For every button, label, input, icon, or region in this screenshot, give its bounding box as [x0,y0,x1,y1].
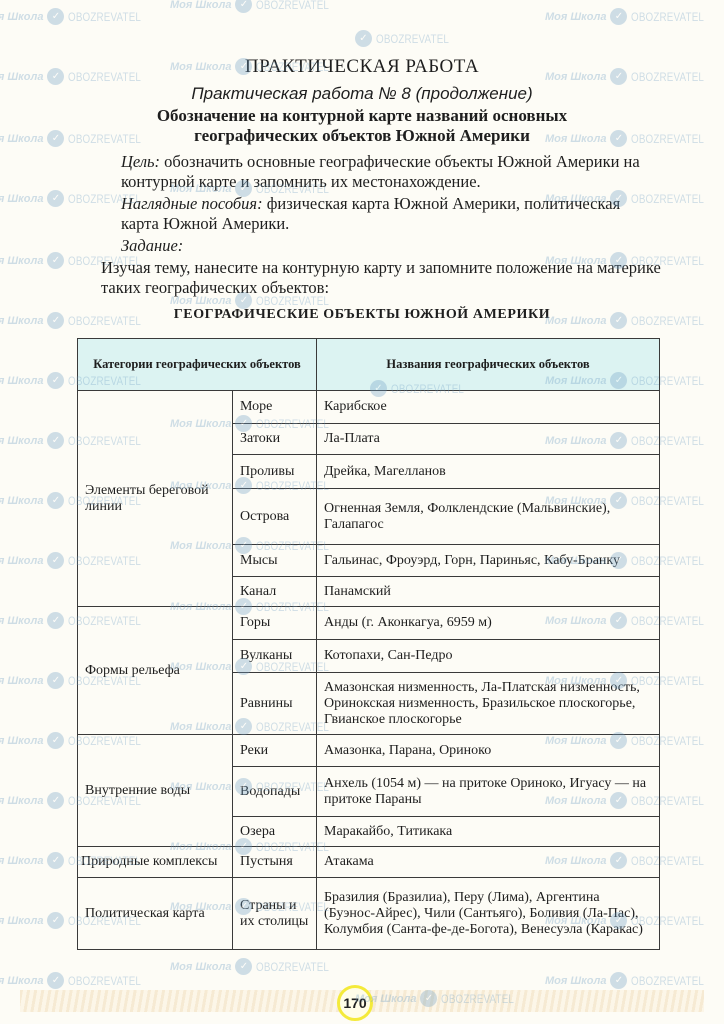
category-cell: Элементы береговой линии [78,391,233,607]
names-cell: Амазонская низменность, Ла-Платская низм… [317,673,660,735]
task-intro: Изучая тему, нанесите на контурную карту… [101,258,661,298]
type-cell: Канал [233,577,317,607]
table-row: Политическая карта Страны и их столицы Б… [78,878,660,950]
obozrevatel-logo-icon: ✓ [47,8,64,25]
work-heading: Обозначение на контурной карте названий … [130,106,594,146]
watermark: Моя Школа✓OBOZREVATEL [0,8,158,25]
table-row: Природные комплексы Пустыня Атакама [78,847,660,878]
obozrevatel-logo-icon: ✓ [47,130,64,147]
category-cell: Формы рельефа [78,607,233,735]
obozrevatel-logo-icon: ✓ [610,8,627,25]
page-number: 170 [337,985,373,1021]
obozrevatel-logo-icon: ✓ [47,732,64,749]
type-cell: Озера [233,817,317,847]
category-cell: Природные комплексы [78,847,233,878]
type-cell: Мысы [233,545,317,577]
type-cell: Затоки [233,424,317,455]
type-cell: Равнины [233,673,317,735]
obozrevatel-logo-icon: ✓ [47,912,64,929]
type-cell: Проливы [233,455,317,489]
type-cell: Страны и их столицы [233,878,317,950]
table-title: ГЕОГРАФИЧЕСКИЕ ОБЪЕКТЫ ЮЖНОЙ АМЕРИКИ [0,307,724,323]
geo-objects-table: Категории географических объектов Назван… [77,338,660,950]
table-row: Формы рельефа Горы Анды (г. Аконкагуа, 6… [78,607,660,640]
type-cell: Пустыня [233,847,317,878]
obozrevatel-logo-icon: ✓ [47,852,64,869]
names-cell: Дрейка, Магелланов [317,455,660,489]
obozrevatel-logo-icon: ✓ [47,552,64,569]
obozrevatel-logo-icon: ✓ [47,612,64,629]
obozrevatel-logo-icon: ✓ [235,958,252,975]
names-cell: Маракайбо, Титикака [317,817,660,847]
watermark: ✓OBOZREVATEL [355,30,465,47]
task-label: Задание: [121,236,183,256]
goal-text: обозначить основные географические объек… [121,152,640,191]
names-cell: Карибское [317,391,660,424]
names-cell: Ла-Плата [317,424,660,455]
goal-paragraph: Цель: обозначить основные географические… [121,152,661,192]
names-cell: Панамский [317,577,660,607]
names-cell: Амазонка, Парана, Ориноко [317,735,660,767]
names-cell: Атакама [317,847,660,878]
goal-label: Цель: [121,152,160,171]
obozrevatel-logo-icon: ✓ [47,972,64,989]
aids-paragraph: Наглядные пособия: физическая карта Южно… [121,194,661,234]
textbook-page: ПРАКТИЧЕСКАЯ РАБОТА Практическая работа … [0,0,724,1024]
names-cell: Гальинас, Фроуэрд, Горн, Париньяс, Кабу-… [317,545,660,577]
type-cell: Водопады [233,767,317,817]
names-cell: Бразилия (Бразилиа), Перу (Лима), Аргент… [317,878,660,950]
obozrevatel-logo-icon: ✓ [610,130,627,147]
table-row: Элементы береговой линии Море Карибское [78,391,660,424]
obozrevatel-logo-icon: ✓ [610,972,627,989]
names-cell: Котопахи, Сан-Педро [317,640,660,673]
watermark: Моя Школа✓OBOZREVATEL [545,972,721,989]
type-cell: Вулканы [233,640,317,673]
watermark: Моя Школа✓OBOZREVATEL [0,972,158,989]
header-categories: Категории географических объектов [78,339,317,391]
category-cell: Внутренние воды [78,735,233,847]
obozrevatel-logo-icon: ✓ [47,492,64,509]
type-cell: Острова [233,489,317,545]
obozrevatel-logo-icon: ✓ [47,672,64,689]
obozrevatel-logo-icon: ✓ [235,0,252,13]
category-cell: Политическая карта [78,878,233,950]
names-cell: Анды (г. Аконкагуа, 6959 м) [317,607,660,640]
obozrevatel-logo-icon: ✓ [355,30,372,47]
type-cell: Реки [233,735,317,767]
obozrevatel-logo-icon: ✓ [47,252,64,269]
table-header-row: Категории географических объектов Назван… [78,339,660,391]
watermark: Моя Школа✓OBOZREVATEL [170,0,346,13]
type-cell: Горы [233,607,317,640]
watermark: Моя Школа✓OBOZREVATEL [170,958,346,975]
obozrevatel-logo-icon: ✓ [47,372,64,389]
work-subtitle: Практическая работа № 8 (продолжение) [0,84,724,104]
table-row: Внутренние воды Реки Амазонка, Парана, О… [78,735,660,767]
watermark: Моя Школа✓OBOZREVATEL [545,8,721,25]
obozrevatel-logo-icon: ✓ [47,792,64,809]
header-names: Названия географических объектов [317,339,660,391]
page-title: ПРАКТИЧЕСКАЯ РАБОТА [0,56,724,78]
obozrevatel-logo-icon: ✓ [47,190,64,207]
aids-label: Наглядные пособия: [121,194,263,213]
type-cell: Море [233,391,317,424]
names-cell: Огненная Земля, Фолклендские (Мальвински… [317,489,660,545]
names-cell: Анхель (1054 м) — на притоке Ориноко, Иг… [317,767,660,817]
obozrevatel-logo-icon: ✓ [47,432,64,449]
